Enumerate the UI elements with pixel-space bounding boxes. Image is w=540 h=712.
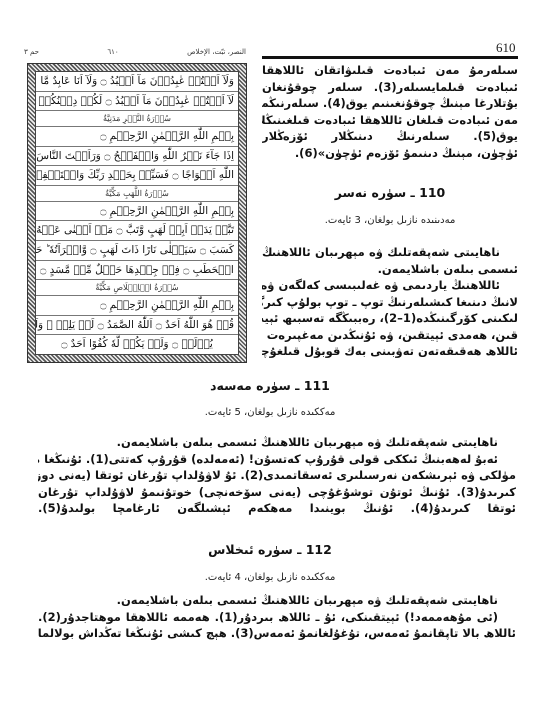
quran-verse-line: تَبَّتۡ يَدَاۤ اَبِىۡ لَهَبٍ وَّتَبَّ ۝ … (36, 221, 238, 241)
quran-verse-line: اِذَا جَآءَ نَصۡرُ اللّٰهِ وَالۡفَتۡحُ ۝… (36, 147, 238, 167)
text-line: قىن، ھەمدى ئېيتقىن، ۋە ئۇنىڭدىن مەغپىرەت… (262, 327, 518, 344)
section-body-111: ناھايىتى شەپقەتلىك ۋە مېھرىبان ئاللاھنىڭ… (38, 434, 516, 517)
quran-surah-title: سُوۡرَةُ اللَّهَبِ مَكِّيَّةٌ (36, 186, 238, 202)
section-body-112: ناھايىتى شەپقەتلىك ۋە مېھرىبان ئاللاھنىڭ… (38, 592, 516, 642)
text-line: ئاللاھنىڭ ياردىمى ۋە غەلىبىسى كەلگەن ۋە … (262, 277, 518, 294)
text-line: مەن ئىبادەت قىلغان ئاللاھقا ئىبادەت قىلغ… (262, 112, 518, 129)
text-line: ئىبادەت قىلمايسىلەر(3). سىلەر چوقۇنغان (262, 79, 518, 96)
quran-verse-line: وَلَآ اَنۡتُمۡ عٰبِدُوۡنَ مَآ اَعۡبُدُ ۝… (36, 72, 238, 92)
quran-verse-line: اللّٰهِ اَفۡوَاجًا ۝ فَسَبِّحۡ بِحَمۡدِ … (36, 166, 238, 186)
quran-panel-header: النصر، تبّت، الإخلاص ٦١٠ حم ٣ (24, 48, 246, 58)
section-heading-112: 112 ـ سۈرە ئىخلاس (0, 542, 540, 557)
text-line: ئۈچۈن، مېنىڭ دىنىمۇ ئۆزەم ئۈچۈن»(6). (262, 145, 518, 162)
text-line: ئەبۇ لەھەبنىڭ ئىككى قولى قۇرۇپ كەتسۇن! (… (38, 451, 516, 468)
quran-bismillah: بِسۡمِ اللّٰهِ الرَّحۡمٰنِ الرَّحِيۡمِ ۝ (36, 202, 238, 222)
section-subtitle-112: مەككىدە نازىل بولغان، 4 ئايەت. (0, 572, 540, 583)
quran-surah-title: سُوۡرَةُ النَّصۡرِ مَدَنِيَّةٌ (36, 111, 238, 127)
text-line: بۇتلارغا مېنىڭ چوقۇنغىنىم يوق(4). سىلەرن… (262, 95, 518, 112)
text-line: ناھايىتى شەپقەتلىك ۋە مېھرىبان ئاللاھنىڭ… (38, 592, 516, 609)
quran-header-juz: حم ٣ (24, 48, 39, 58)
quran-text-frame: وَلَآ اَنۡتُمۡ عٰبِدُوۡنَ مَآ اَعۡبُدُ ۝… (27, 63, 247, 363)
text-line: لىكىنى كۆرگىنىڭدە(1–2)، رەببىڭگە تەسبىھ … (262, 310, 518, 327)
text-line: سىلەرمۇ مەن ئىبادەت قىلىۋاتقان ئاللاھقا (262, 62, 518, 79)
header-rule (262, 56, 518, 59)
quran-verse-line: الۡحَطَبِ ۝ فِىۡ جِيۡدِهَا حَبۡلٌ مِّنۡ … (36, 261, 238, 281)
quran-bismillah: بِسۡمِ اللّٰهِ الرَّحۡمٰنِ الرَّحِيۡمِ ۝ (36, 127, 238, 147)
text-line: يوق(5). سىلەرنىڭ دىنىڭلار ئۆزەڭلار (262, 128, 518, 145)
text-line: ئاللاھ ھەقىقەتەن تەۋبىنى بەك قوبۇل قىلغۇ… (262, 343, 518, 360)
text-line: ئوتقا كىرىدۇ(4). ئۇنىڭ بوينىدا مەھكەم ئې… (38, 500, 516, 517)
quran-verse-line: لَآ اَنۡتُمۡ عٰبِدُوۡنَ مَآ اَعۡبُدُ ۝ ل… (36, 92, 238, 112)
section-body-110: ناھايىتى شەپقەتلىك ۋە مېھرىبان ئاللاھنىڭ… (262, 244, 518, 360)
text-line: ناھايىتى شەپقەتلىك ۋە مېھرىبان ئاللاھنىڭ… (38, 434, 516, 451)
text-line: كىرىدۇ(3). ئۇنىڭ ئوتۇن توشۇغۇچى (يەنى سۆ… (38, 484, 516, 501)
section-subtitle-111: مەككىدە نازىل بولغان، 5 ئايەت. (0, 407, 540, 418)
text-line: ئاللاھ بالا تاپقانمۇ ئەمەس، تۇغۇلغانمۇ ئ… (38, 625, 516, 642)
quran-verse-line: قُلۡ هُوَ اللّٰهُ اَحَدٌ ۝ اَللّٰهُ الصَ… (36, 316, 238, 336)
text-line: ناھايىتى شەپقەتلىك ۋە مېھرىبان ئاللاھنىڭ (262, 244, 518, 261)
quran-header-page: ٦١٠ (107, 48, 118, 58)
text-line: لانىڭ دىنىغا كىشىلەرنىڭ توپ ـ توپ بولۇپ … (262, 294, 518, 311)
quran-text-body: وَلَآ اَنۡتُمۡ عٰبِدُوۡنَ مَآ اَعۡبُدُ ۝… (35, 71, 239, 355)
quran-verse-line: يُوۡلَدۡ ۝ وَلَمۡ يَكُنۡ لَّهٗ كُفُوًا ا… (36, 335, 238, 354)
text-line: ئىسمى بىلەن باشلايمەن. (262, 261, 518, 278)
text-line: مۈلكى ۋە ئېرىشكەن نەرسىلىرى ئەسقاتمىدى(2… (38, 467, 516, 484)
section-heading-110: 110 ـ سۈرە نەسر (262, 185, 518, 200)
section-subtitle-110: مەدىنىدە نازىل بولغان، 3 ئايەت. (262, 215, 518, 226)
text-line: (ئى مۇھەممەد!) ئېيتقىنكى، ئۇ ـ ئاللاھ بى… (38, 609, 516, 626)
page-number: 610 (496, 40, 516, 56)
quran-surah-title: سُوۡرَةُ الۡاِخۡلَاصِ مَكِّيَّةٌ (36, 280, 238, 296)
translation-continuation: سىلەرمۇ مەن ئىبادەت قىلىۋاتقان ئاللاھقا … (262, 62, 518, 161)
section-heading-111: 111 ـ سۈرە مەسەد (0, 378, 540, 393)
quran-verse-line: كَسَبَ ۝ سَيَصۡلٰى نَارًا ذَاتَ لَهَبٍ ۝… (36, 241, 238, 261)
quran-bismillah: بِسۡمِ اللّٰهِ الرَّحۡمٰنِ الرَّحِيۡمِ ۝ (36, 296, 238, 316)
quran-header-surah-names: النصر، تبّت، الإخلاص (187, 48, 246, 58)
